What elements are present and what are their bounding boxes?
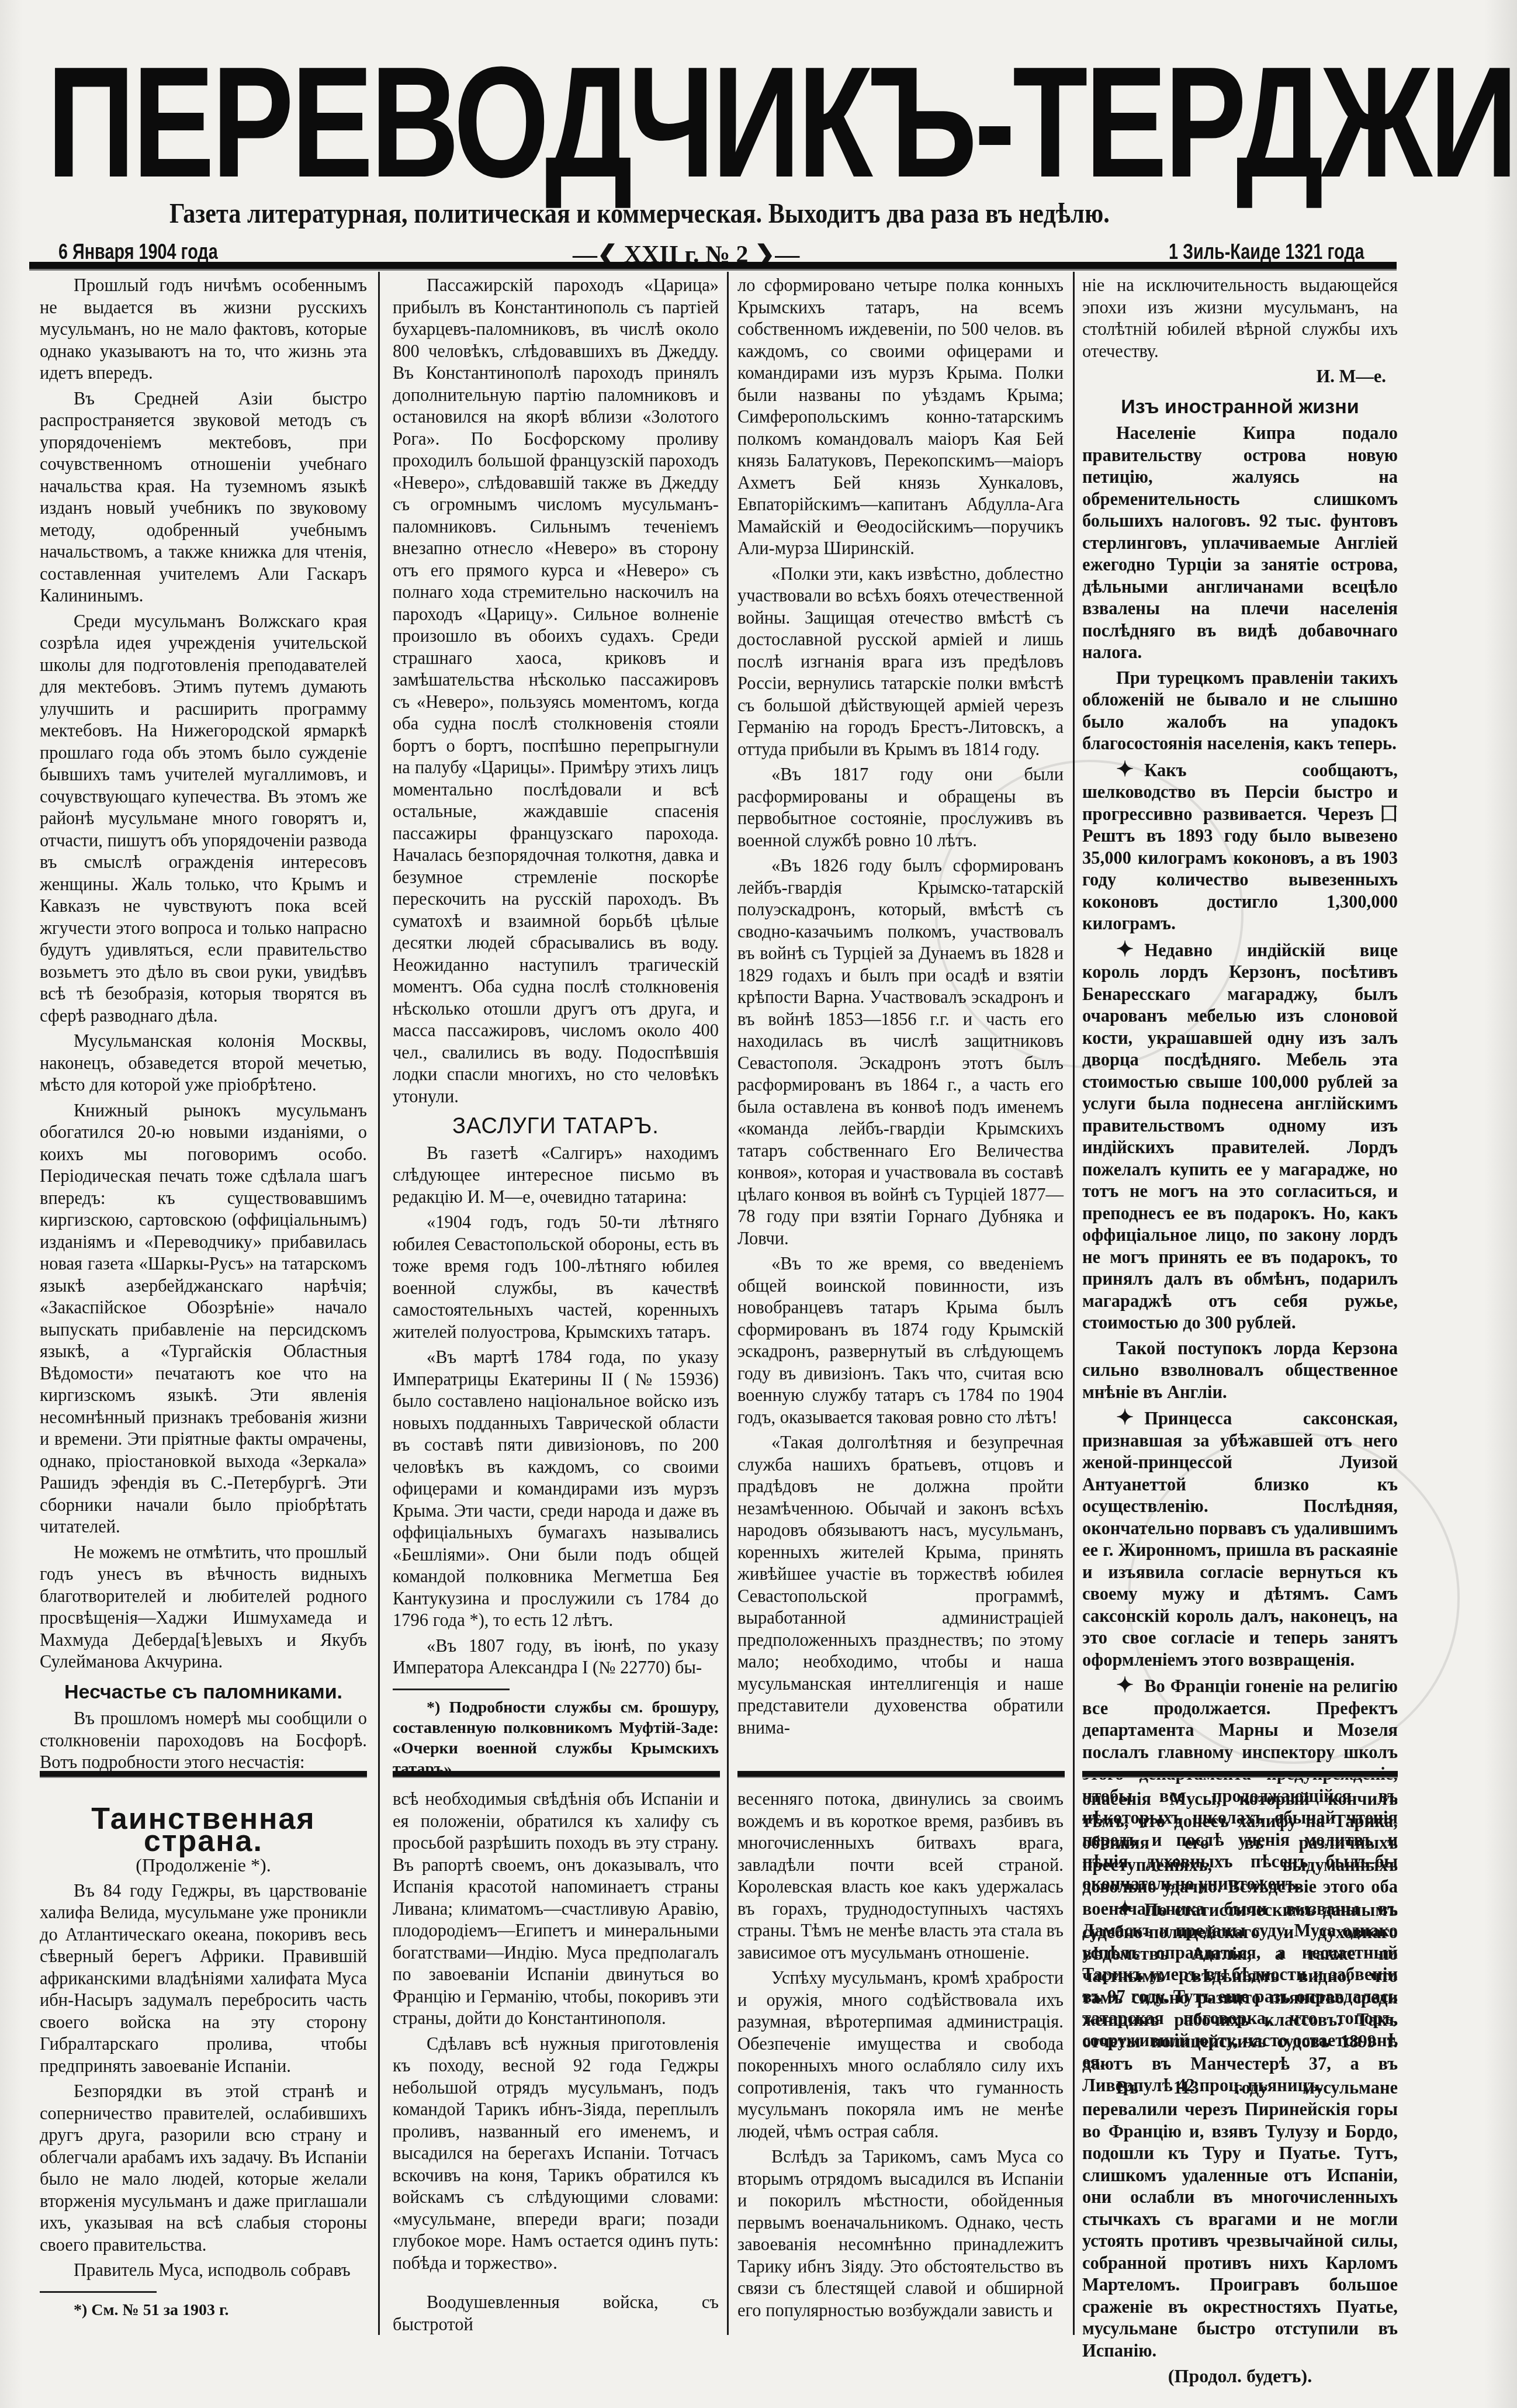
serial-paragraph: всѣ необходимыя свѣдѣнія объ Испаніи и е… <box>393 1788 719 2030</box>
column-divider <box>727 272 729 1780</box>
article-paragraph: «Полки эти, какъ извѣстно, доблестно уча… <box>737 563 1064 761</box>
masthead: ПЕРЕВОДЧИКЪ-ТЕРДЖИМАНЪ Газета литературн… <box>29 12 1490 269</box>
column-divider <box>378 272 380 1780</box>
serial-paragraph: Воодушевленныя войска, съ быстротой <box>393 2292 719 2336</box>
serial-paragraph: опасенія Мусы, который кончилъ тѣмъ, что… <box>1082 1788 1398 2074</box>
serial-paragraph: Въ 113 году мусульмане перевалили черезъ… <box>1082 2077 1398 2362</box>
newspaper-title: ПЕРЕВОДЧИКЪ-ТЕРДЖИМАНЪ <box>47 47 1141 199</box>
news-item: Населеніе Кипра подало правительству ост… <box>1082 423 1398 664</box>
serial-column-1: Таинственная страна. (Продолженіе *). Въ… <box>40 1800 367 2324</box>
article-paragraph: Мусульманская колонія Москвы, наконецъ, … <box>40 1030 367 1096</box>
news-item: При турецкомъ правленіи такихъ обложеній… <box>1082 667 1398 755</box>
hijri-date: 1 Зиль-Каиде 1321 года <box>1169 240 1364 264</box>
article-heading-tatar-merits: ЗАСЛУГИ ТАТАРЪ. <box>393 1116 719 1138</box>
column-3: ло сформировано четыре полка конныхъ Кры… <box>737 275 1064 1742</box>
news-item-bulleted: Принцесса саксонская, признавшая за убѣж… <box>1082 1407 1398 1671</box>
serial-continued-label: (Продолженіе *). <box>40 1855 367 1877</box>
news-item-bulleted: Недавно индійскій вице король лордъ Керз… <box>1082 939 1398 1334</box>
author-signature: И. М—е. <box>1082 366 1398 388</box>
section-rule <box>1082 1771 1398 1778</box>
newspaper-page: ПЕРЕВОДЧИКЪ-ТЕРДЖИМАНЪ Газета литературн… <box>0 0 1517 2408</box>
section-rule <box>737 1771 1065 1778</box>
article-heading-foreign-life: Изъ иностранной жизни <box>1082 396 1398 418</box>
article-paragraph: Пассажирскій пароходъ «Царица» прибылъ в… <box>393 275 719 1108</box>
serial-paragraph: Безпорядки въ этой странѣ и соперничеств… <box>40 2081 367 2256</box>
serial-paragraph: весенняго потока, двинулись за своимъ во… <box>737 1788 1064 1964</box>
column-1: Прошлый годъ ничѣмъ особеннымъ не выдает… <box>40 275 367 1777</box>
serial-column-4: опасенія Мусы, который кончилъ тѣмъ, что… <box>1082 1788 1398 2391</box>
article-paragraph: «Въ 1817 году они были расформированы и … <box>737 764 1064 852</box>
serial-paragraph: Успѣху мусульманъ, кромѣ храбрости и ору… <box>737 1967 1064 2143</box>
article-paragraph: Въ газетѣ «Салгиръ» находимъ слѣдующее и… <box>393 1143 719 1209</box>
serial-title: Таинственная страна. <box>40 1808 367 1852</box>
news-item: Такой поступокъ лорда Керзона сильно взв… <box>1082 1338 1398 1404</box>
serial-paragraph: Правитель Муса, исподволь собравъ <box>40 2260 367 2282</box>
news-item-bulleted: Какъ сообщаютъ, шелководство въ Персіи б… <box>1082 759 1398 935</box>
article-paragraph: Не можемъ не отмѣтить, что прошлый годъ … <box>40 1542 367 1673</box>
footnote: *) См. № 51 за 1903 г. <box>40 2300 367 2320</box>
masthead-rule <box>29 262 1397 271</box>
article-paragraph: Въ Средней Азіи быстро распространяется … <box>40 388 367 607</box>
serial-paragraph: Въ 84 году Геджры, въ царствованіе халиф… <box>40 1880 367 2078</box>
column-2: Пассажирскій пароходъ «Царица» прибылъ в… <box>393 275 719 1783</box>
article-paragraph: «Въ 1807 году, въ іюнѣ, по указу Императ… <box>393 1635 719 1679</box>
serial-column-2: всѣ необходимыя свѣдѣнія объ Испаніи и е… <box>393 1788 719 2339</box>
footnote-rule <box>393 1689 510 1690</box>
article-paragraph: «Такая долголѣтняя и безупречная служба … <box>737 1432 1064 1739</box>
serial-paragraph: Вслѣдъ за Тарикомъ, самъ Муса со вторымъ… <box>737 2146 1064 2321</box>
newspaper-subtitle: Газета литературная, политическая и комм… <box>169 198 1198 230</box>
article-paragraph: Книжный рынокъ мусульманъ обогатился 20-… <box>40 1100 367 1538</box>
article-heading-pilgrims: Несчастье съ паломниками. <box>40 1682 367 1704</box>
article-paragraph: «Въ то же время, со введеніемъ общей вои… <box>737 1253 1064 1428</box>
column-divider <box>727 1780 729 2335</box>
article-paragraph: «Въ 1826 году былъ сформированъ лейбъ-гв… <box>737 855 1064 1250</box>
column-divider <box>1073 1780 1075 2335</box>
serial-paragraph: Сдѣлавъ всѣ нужныя приготовленія къ похо… <box>393 2033 719 2275</box>
serial-column-3: весенняго потока, двинулись за своимъ во… <box>737 1788 1064 2325</box>
article-paragraph: «Въ мартѣ 1784 года, по указу Императриц… <box>393 1347 719 1632</box>
serial-to-be-continued: (Продол. будетъ). <box>1082 2365 1398 2388</box>
article-paragraph: «1904 годъ, годъ 50-ти лѣтняго юбилея Се… <box>393 1212 719 1343</box>
column-divider <box>1073 272 1075 1780</box>
article-paragraph: Прошлый годъ ничѣмъ особеннымъ не выдает… <box>40 275 367 385</box>
article-paragraph: Среди мусульманъ Волжскаго края созрѣла … <box>40 611 367 1027</box>
footnote: *) Подробности службы см. брошуру, соста… <box>393 1697 719 1779</box>
article-paragraph: Въ прошломъ номерѣ мы сообщили о столкно… <box>40 1708 367 1774</box>
article-paragraph: ло сформировано четыре полка конныхъ Кры… <box>737 275 1064 560</box>
section-rule <box>40 1771 367 1778</box>
article-paragraph: ніе на исключительность выдающейся эпохи… <box>1082 275 1398 362</box>
column-divider <box>378 1780 380 2335</box>
footnote-rule <box>40 2291 157 2293</box>
section-rule <box>393 1771 720 1778</box>
gregorian-date: 6 Января 1904 года <box>58 240 218 264</box>
